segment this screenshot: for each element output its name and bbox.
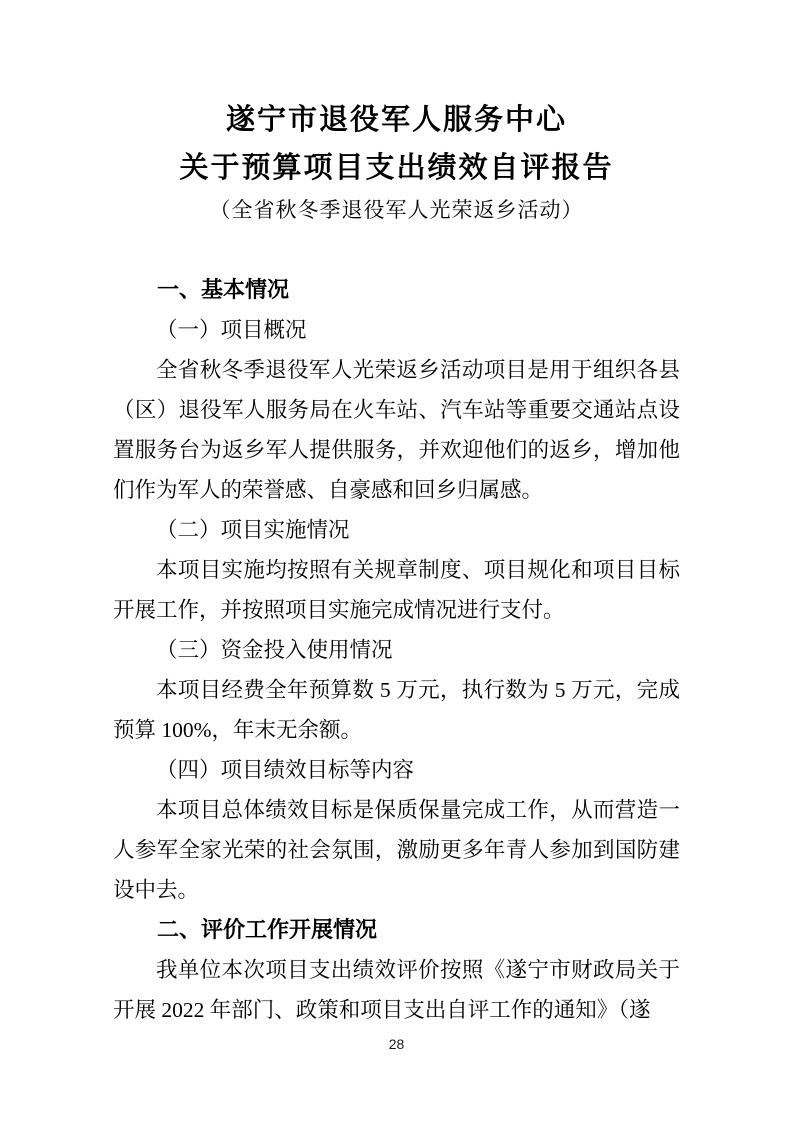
section-2-heading: 二、评价工作开展情况 (113, 910, 680, 950)
section-1-heading: 一、基本情况 (113, 270, 680, 310)
section-1-subheading-4: （四）项目绩效目标等内容 (113, 750, 680, 790)
doc-title-line-2: 关于预算项目支出绩效自评报告 (113, 144, 680, 192)
section-1-subheading-1: （一）项目概况 (113, 310, 680, 350)
section-1-subheading-2: （二）项目实施情况 (113, 510, 680, 550)
section-1-paragraph-1: 全省秋冬季退役军人光荣返乡活动项目是用于组织各县（区）退役军人服务局在火车站、汽… (113, 350, 680, 510)
document-content: 遂宁市退役军人服务中心 关于预算项目支出绩效自评报告 （全省秋冬季退役军人光荣返… (0, 0, 793, 1030)
doc-subtitle: （全省秋冬季退役军人光荣返乡活动） (113, 194, 680, 226)
page-footer: 28 (0, 1036, 793, 1054)
section-1-paragraph-4: 本项目总体绩效目标是保质保量完成工作，从而营造一人参军全家光荣的社会氛围，激励更… (113, 790, 680, 910)
page-number: 28 (389, 1036, 405, 1052)
section-1-paragraph-2: 本项目实施均按照有关规章制度、项目规化和项目目标开展工作，并按照项目实施完成情况… (113, 550, 680, 630)
section-1-subheading-3: （三）资金投入使用情况 (113, 630, 680, 670)
section-1-paragraph-3: 本项目经费全年预算数 5 万元，执行数为 5 万元，完成预算 100%，年末无余… (113, 670, 680, 750)
section-2-paragraph-1: 我单位本次项目支出绩效评价按照《遂宁市财政局关于开展 2022 年部门、政策和项… (113, 950, 680, 1030)
doc-title-line-1: 遂宁市退役军人服务中心 (113, 96, 680, 144)
document-page: 遂宁市退役军人服务中心 关于预算项目支出绩效自评报告 （全省秋冬季退役军人光荣返… (0, 0, 793, 1122)
